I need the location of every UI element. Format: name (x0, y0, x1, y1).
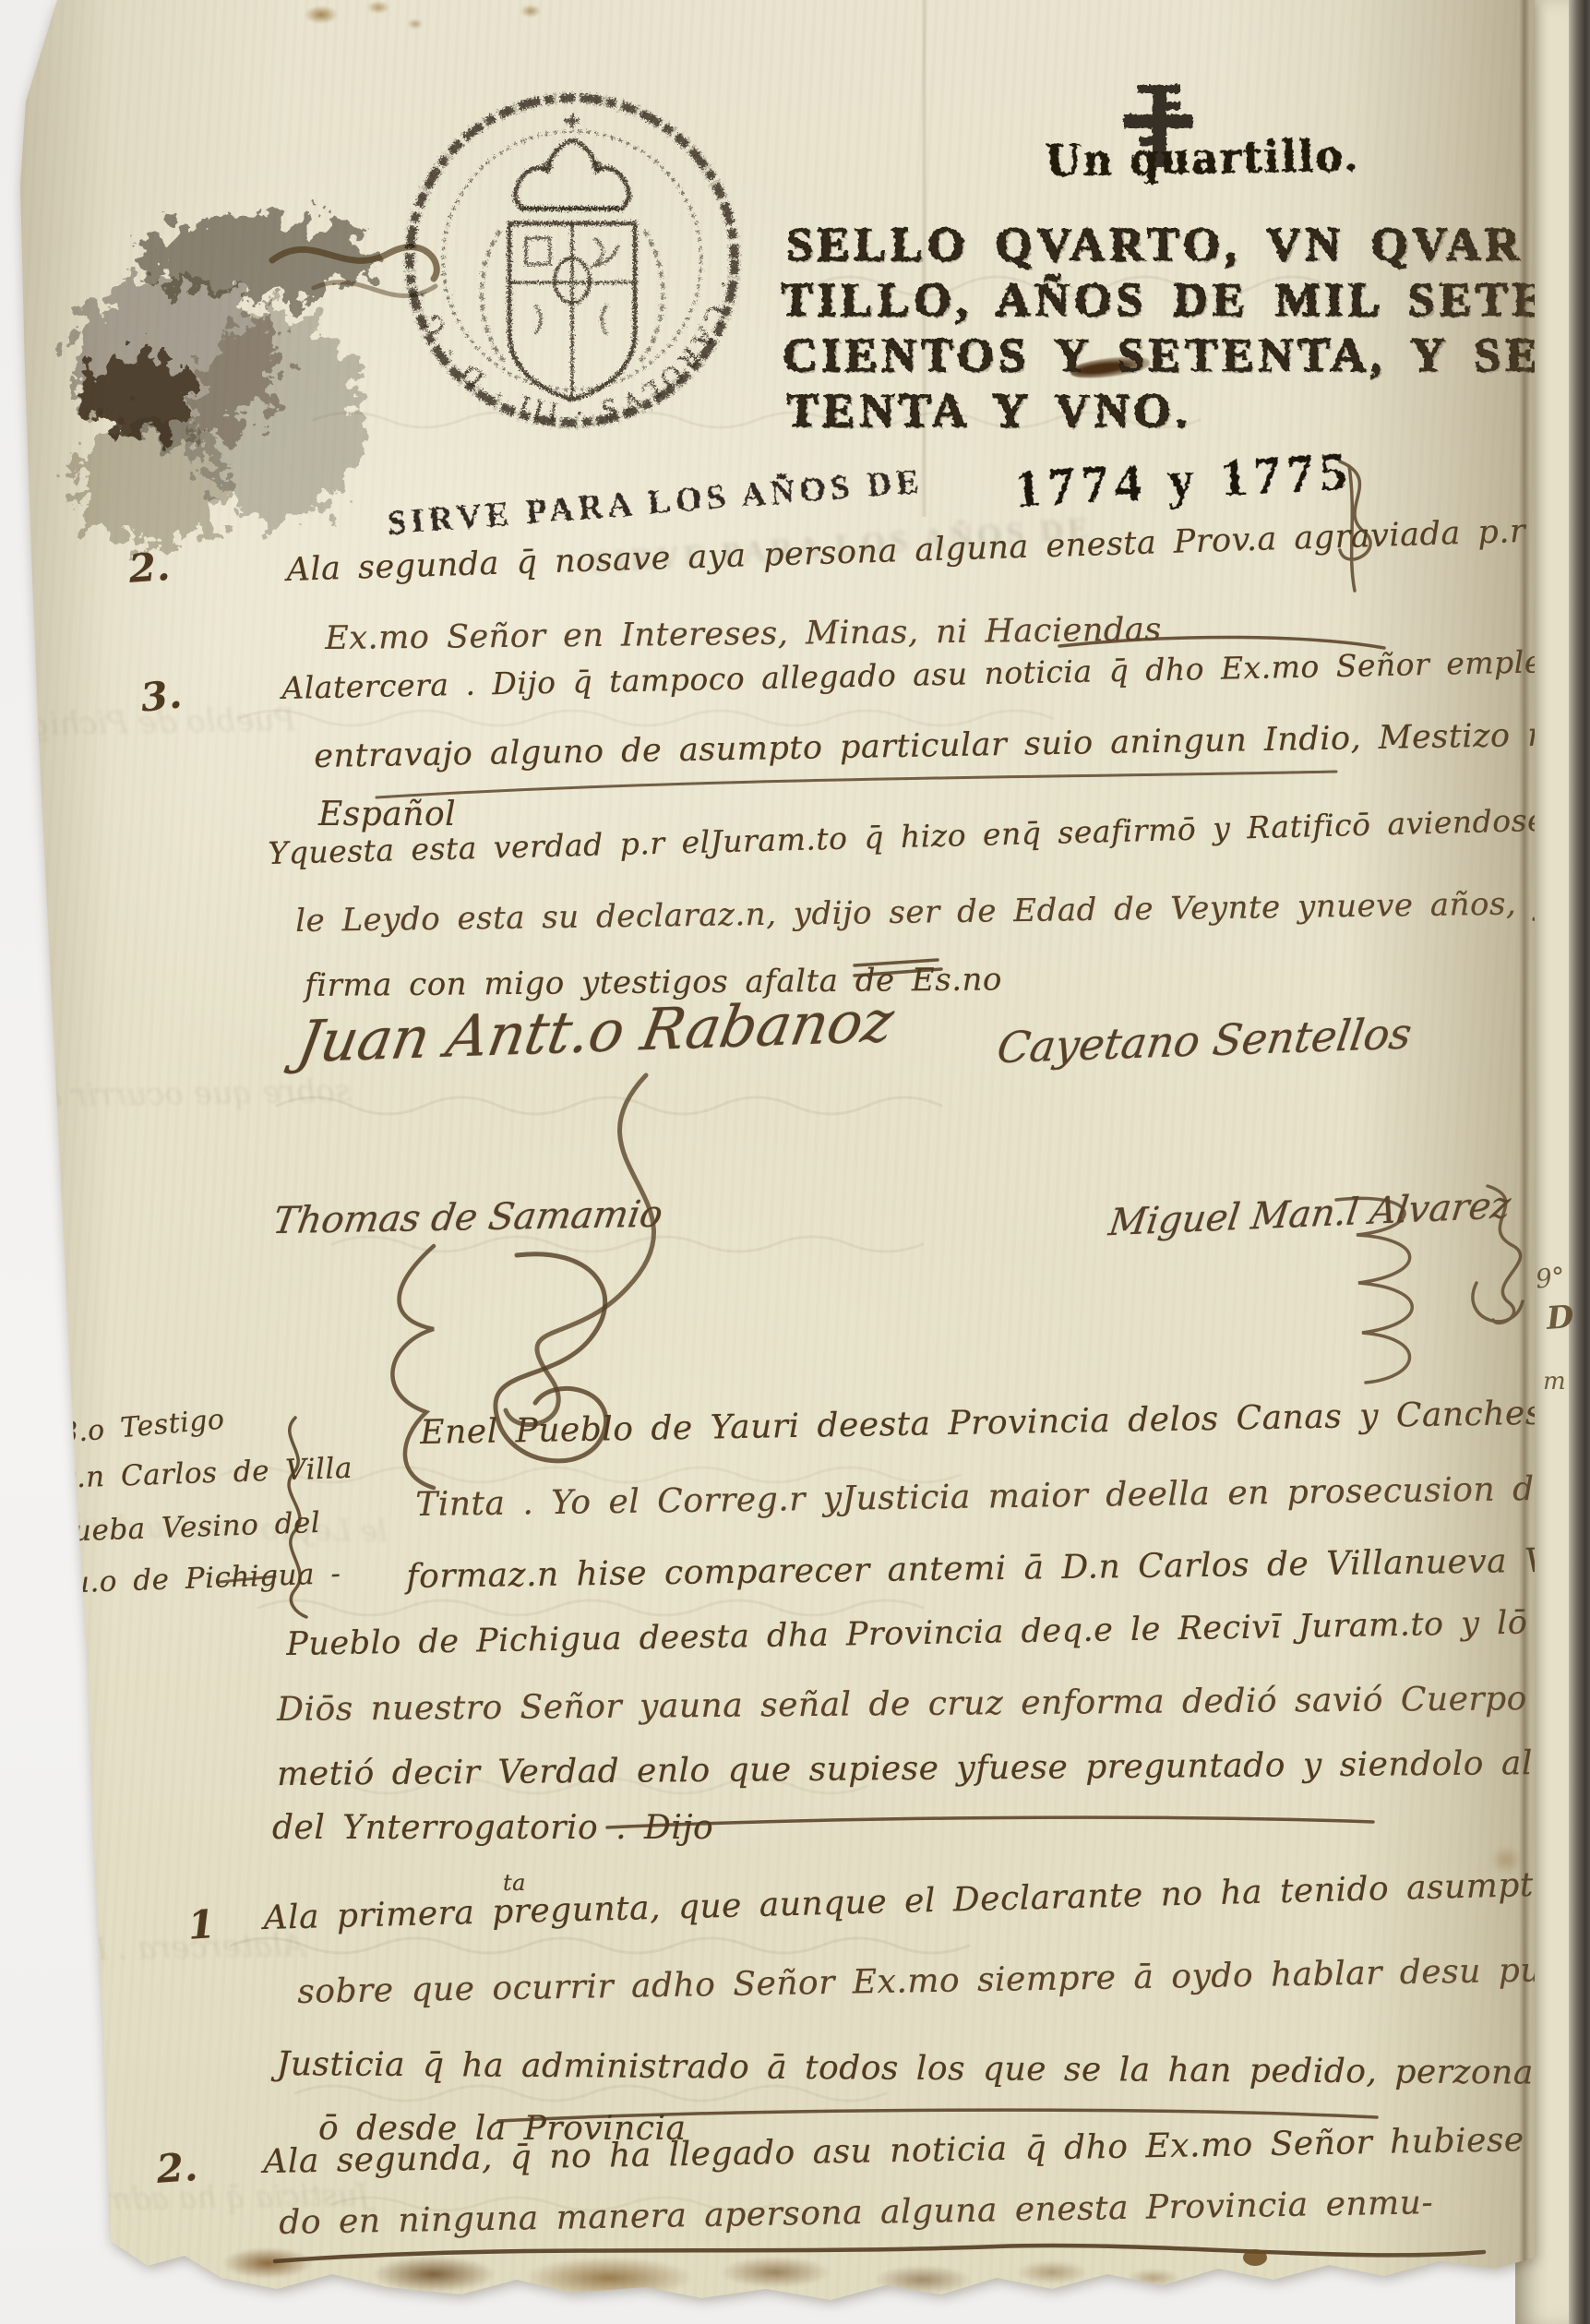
paper-sheet-wrap: Pueblo de Pichigua deesta dha Provincia … (0, 0, 1590, 2324)
paper-sheet: Pueblo de Pichigua deesta dha Provincia … (0, 0, 1590, 2324)
edge-fragment: m (1543, 1368, 1566, 1396)
paragraph-number: 3. (138, 671, 185, 720)
signature-paraph (506, 1075, 654, 1425)
edge-fragment: 9° (1534, 1261, 1566, 1294)
manuscript-line: Español (318, 796, 456, 833)
edge-fragment: D (1546, 1299, 1575, 1337)
paragraph-number: 2. (155, 2144, 199, 2192)
paragraph-number: 1 (186, 1901, 217, 1948)
signature-thomas-samamio: Thomas de Samamio (270, 1193, 666, 1242)
manuscript-line: del Ynterrogatorio . Dijo (272, 1809, 713, 1847)
manuscript-scan: 9° D m (0, 0, 1590, 2324)
paragraph-number: 2. (127, 544, 172, 592)
